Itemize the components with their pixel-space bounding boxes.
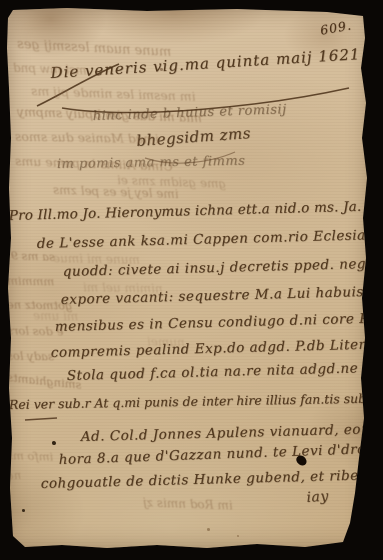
manuscript-line: Rei ver sub.r At q.mi punis de inter hir… — [9, 392, 383, 411]
bleedthrough-mark: mi ume — [33, 310, 78, 323]
bleedthrough-mark: nq — [7, 470, 21, 481]
bleedthrough-mark: msi mw pnd — [13, 62, 87, 77]
manuscript-line: iay — [306, 489, 329, 505]
ink-speck — [160, 68, 163, 71]
bleedthrough-mark: sady los — [7, 351, 54, 363]
bleedthrough-mark: Cimd Aiims in pame ums — [15, 155, 173, 173]
bleedthrough-mark: im nesmi les nimde pij ms — [31, 85, 196, 103]
bleedthrough-mark: mune nuam lessmij ges — [17, 38, 172, 59]
manuscript-line: Ad. Col.d Jonnes Apulens vianuard, eops — [81, 423, 378, 444]
manuscript-paper: 609. Die veneris vig.ma quinta maij 1621… — [7, 8, 369, 549]
ink-speck — [22, 509, 25, 512]
bleedthrough-mark: im Rod nmis zj — [143, 496, 233, 511]
manuscript-line: mensibus es in Censu condiugo d.ni core … — [55, 311, 383, 334]
bleedthrough-mark: nimim uel mi — [83, 281, 163, 294]
bleedthrough-mark: imad Manise dus smos — [15, 131, 159, 146]
ink-speck — [237, 535, 239, 537]
manuscript-line: compremis pealind Exp.do adgd. P.db Lite… — [51, 338, 377, 360]
manuscript-line: Pro Ill.mo Jo. Hieronymus ichna ett.a ni… — [9, 199, 383, 223]
manuscript-line: de L'esse ank ksa.mi Cappen com.rio Ecle… — [37, 229, 383, 252]
bleedthrough-mark: mune mi imue — [53, 252, 140, 266]
page-number: 609. — [319, 17, 353, 37]
bleedthrough-mark: mia mi das gim bpuiy smpmy — [17, 106, 202, 125]
bleedthrough-mark: gme gsidm zms ei — [117, 174, 227, 190]
bleedthrough-mark: e dos lors — [7, 326, 64, 338]
bleedthrough-mark: imfo ms — [7, 450, 54, 463]
bleedthrough-mark: numei — [147, 336, 185, 349]
manuscript-line: Stola quod f.ca ol.tia na.re nita adgd.n… — [67, 361, 383, 383]
ink-speck — [52, 441, 56, 445]
bleedthrough-mark: mmmim — [7, 276, 55, 288]
ink-speck — [207, 528, 210, 531]
photo-frame: 609. Die veneris vig.ma quinta maij 1621… — [0, 0, 383, 560]
bleedthrough-mark: sa ms 9. — [7, 250, 55, 263]
manuscript-line: hora 8.a que d'Gazzan nund. te Levi d'dr… — [59, 443, 381, 468]
